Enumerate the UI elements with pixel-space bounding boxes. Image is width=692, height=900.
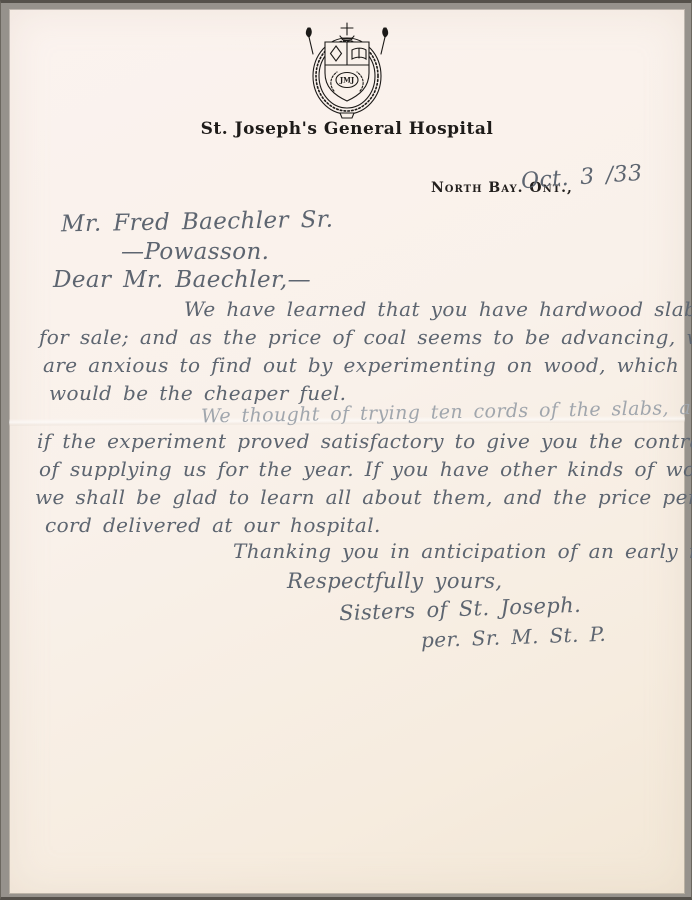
body-paragraph1-line2: for sale; and as the price of coal seems… (39, 325, 692, 349)
body-paragraph1-line3: are anxious to find out by experimenting… (43, 353, 679, 377)
valediction-line: Respectfully yours, (287, 569, 502, 593)
hospital-crest-icon: JMJ (272, 21, 422, 121)
body-paragraph1-line1: We have learned that you have hardwood s… (184, 297, 692, 321)
crest-cross-icon (341, 23, 353, 35)
crest-monogram-text: JMJ (339, 76, 355, 85)
recipient-name-line: Mr. Fred Baechler Sr. (61, 207, 334, 238)
handwritten-date: Oct. 3 /33 (520, 161, 643, 194)
crest-torch-left-icon (309, 37, 313, 54)
scan-frame: JMJ St. Joseph's General Hospital North … (0, 0, 692, 900)
body-paragraph2-line2: if the experiment proved satisfactory to… (37, 429, 692, 453)
body-paragraph2-line4: we shall be glad to learn all about them… (35, 485, 692, 509)
letter-page: JMJ St. Joseph's General Hospital North … (9, 9, 685, 894)
body-paragraph2-line3: of supplying us for the year. If you hav… (39, 457, 692, 481)
crest-flame-left-icon (306, 28, 311, 37)
signature-initials-line: per. Sr. M. St. P. (421, 622, 607, 652)
crest-band-buckle (340, 113, 354, 118)
body-paragraph2-line5: cord delivered at our hospital. (45, 513, 381, 537)
signature-line: Sisters of St. Joseph. (339, 593, 582, 625)
salutation-line: Dear Mr. Baechler,— (53, 267, 311, 293)
closing-line: Thanking you in anticipation of an early… (233, 539, 692, 563)
crest-flame-right-icon (383, 28, 388, 37)
hospital-name: St. Joseph's General Hospital (9, 119, 685, 139)
body-paragraph1-line4: would be the cheaper fuel. (49, 381, 346, 405)
crest-torch-right-icon (381, 37, 385, 54)
recipient-town-line: —Powasson. (121, 239, 269, 265)
